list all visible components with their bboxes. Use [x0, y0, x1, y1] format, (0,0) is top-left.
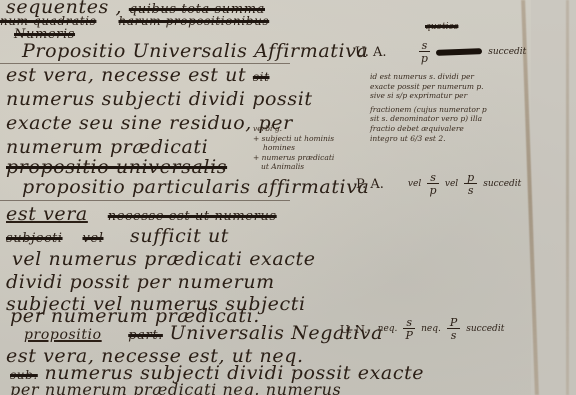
note-line: + numerus prædicati [253, 153, 334, 163]
struck-text: vel [82, 231, 103, 246]
text-line: exacte seu sine residuo, per [6, 112, 293, 134]
struck-above-note: quoties [425, 22, 458, 32]
word: succedit [466, 324, 504, 334]
fraction: s p [419, 40, 431, 64]
word: numerum prædicati [6, 136, 208, 158]
note-line: id est numerus s. dividi per [370, 72, 487, 82]
fraction: p s [464, 172, 477, 196]
fraction: s P [403, 317, 415, 341]
numerator: s [419, 40, 431, 52]
struck-text: part. [128, 328, 163, 343]
note-line: sive si s/p exprimatur per [370, 91, 487, 101]
struck-text: necesse est ut numerus [108, 209, 277, 224]
formula-universal-affirmative: U. A. s p succedit [355, 40, 526, 64]
formula-label: P. A. [356, 177, 384, 192]
word: numerus subjecti dividi possit [6, 88, 313, 110]
word: neq. [421, 324, 441, 334]
struck-text: harum propositionibus [118, 14, 269, 28]
numerator: P [447, 317, 460, 329]
note-line: + subjecti ut hominis [253, 134, 334, 144]
fraction: s p [427, 172, 439, 196]
word: dividi possit per numerum [6, 271, 275, 293]
heading-universal-affirmative: Propositio Universalis Affirmativa [22, 40, 368, 62]
interlinear-note: verbi g. + subjecti ut hominis homines +… [253, 124, 334, 172]
formula-particular-affirmative: P. A. vel s p vel p s succedit [356, 172, 521, 196]
text-line: subjecti vel sufficit ut [6, 225, 229, 247]
denominator: p [421, 52, 428, 64]
note-line: fractionem (cujus numerator p [370, 105, 487, 115]
word: propositio [24, 327, 102, 343]
text-line: est vera, necesse est ut sit [6, 64, 270, 86]
word: sufficit ut [130, 225, 229, 247]
note-line: fractio debet æquivalere [370, 124, 487, 134]
word: succedit [483, 179, 521, 189]
denominator: s [468, 184, 474, 196]
text-line: numerus subjecti dividi possit [6, 88, 313, 110]
word: neq. [378, 324, 398, 334]
fold-stain-edge [566, 0, 569, 395]
numerator: p [464, 172, 477, 184]
note-line: ut Animalis [253, 162, 334, 172]
text-line: propositio part. Universalis Negativa [24, 322, 383, 344]
struck-text: sit [253, 70, 270, 84]
text-line: est vera necesse est ut numerus [6, 203, 277, 225]
heading-particular-affirmative: propositio particularis affirmativa [22, 176, 370, 198]
word: succedit [488, 47, 526, 57]
note-line: integro ut 6/3 est 2. [370, 134, 487, 144]
formula-label: U. A. [355, 45, 387, 60]
struck-text: propositio universalis [6, 156, 227, 178]
text-line: Propositio Universalis Affirmativa [22, 40, 368, 62]
ink-blot [436, 48, 482, 56]
text-line: per numerum prædicati neq. numerus [10, 380, 341, 395]
note-line: exacte possit per numerum p. [370, 82, 487, 92]
word: est vera, necesse est ut [6, 64, 246, 86]
manuscript-page: sequentes , quibus tota summa num quadra… [0, 0, 576, 395]
word: vel [408, 179, 421, 189]
word: exacte seu sine residuo, per [6, 112, 293, 134]
struck-text: num quadratis [0, 14, 96, 28]
text-line: propositio particularis affirmativa [22, 176, 370, 198]
numerator: s [427, 172, 439, 184]
word: est vera [6, 203, 88, 225]
denominator: s [451, 329, 457, 341]
text-line: propositio universalis [6, 156, 227, 178]
note-line: verbi g. [253, 124, 334, 134]
word: per numerum prædicati neq. numerus [10, 380, 341, 395]
text-line: vel numerus prædicati exacte [12, 248, 316, 270]
page-edge-strip [531, 0, 576, 395]
denominator: P [406, 329, 413, 341]
ruled-line [0, 200, 290, 201]
denominator: p [430, 184, 437, 196]
word: vel [445, 179, 458, 189]
numerator: s [403, 317, 415, 329]
text-line: numerum prædicati [6, 136, 208, 158]
formula-universal-negative: U. N. neq. s P neq. P s succedit [340, 317, 504, 341]
struck-text: subjecti [6, 231, 63, 246]
note-line: homines [253, 143, 334, 153]
note-line: sit s. denominator vero p) illa [370, 114, 487, 124]
text-line: num quadratis harum propositionibus [0, 14, 269, 28]
fraction: P s [447, 317, 460, 341]
ua-explanation: id est numerus s. dividi per exacte poss… [370, 72, 487, 143]
text-line: dividi possit per numerum [6, 271, 275, 293]
formula-label: U. N. [340, 323, 368, 336]
word: vel numerus prædicati exacte [12, 248, 316, 270]
